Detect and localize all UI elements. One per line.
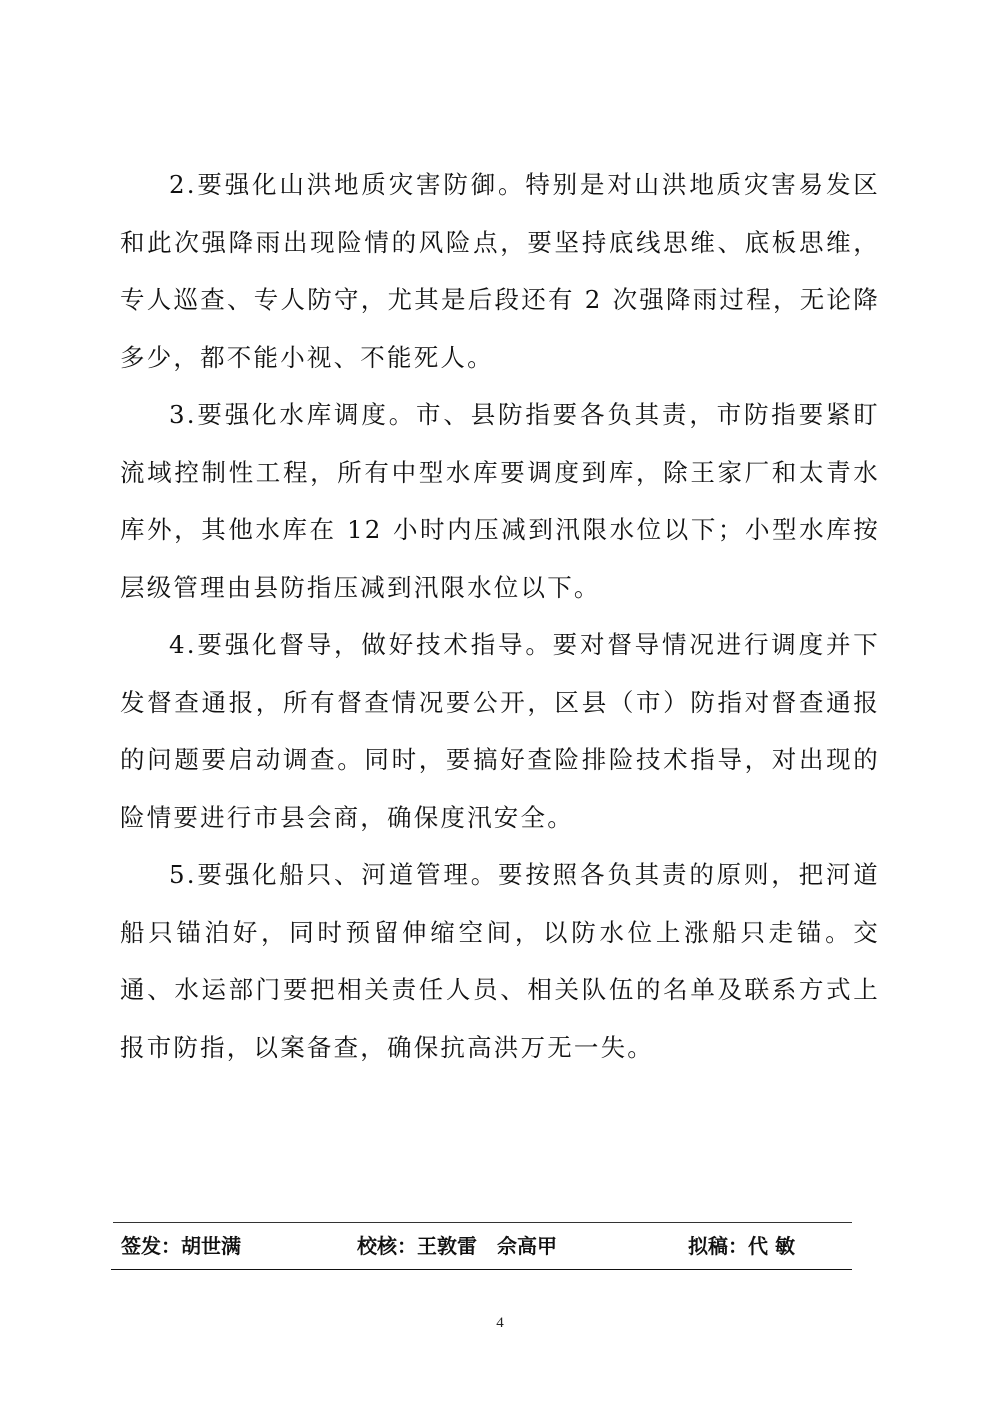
document-body: 2.要强化山洪地质灾害防御。特别是对山洪地质灾害易发区和此次强降雨出现险情的风险… (120, 156, 880, 1076)
drafted-by: 拟稿：代 敏 (688, 1223, 795, 1269)
document-page: 2.要强化山洪地质灾害防御。特别是对山洪地质灾害易发区和此次强降雨出现险情的风险… (0, 0, 1000, 1415)
paragraph-mountain-flood-defense: 2.要强化山洪地质灾害防御。特别是对山洪地质灾害易发区和此次强降雨出现险情的风险… (120, 156, 880, 386)
signature-row: 签发：胡世满 校核：王敦雷 佘高甲 拟稿：代 敏 (111, 1223, 852, 1269)
checked-by: 校核：王敦雷 佘高甲 (357, 1223, 557, 1269)
signature-block: 签发：胡世满 校核：王敦雷 佘高甲 拟稿：代 敏 (111, 1222, 852, 1270)
issued-by: 签发：胡世满 (121, 1223, 241, 1269)
paragraph-supervision-guidance: 4.要强化督导，做好技术指导。要对督导情况进行调度并下发督查通报，所有督查情况要… (120, 616, 880, 846)
paragraph-reservoir-dispatch: 3.要强化水库调度。市、县防指要各负其责，市防指要紧盯流域控制性工程，所有中型水… (120, 386, 880, 616)
paragraph-ship-river-management: 5.要强化船只、河道管理。要按照各负其责的原则，把河道船只锚泊好，同时预留伸缩空… (120, 846, 880, 1076)
page-number: 4 (0, 1315, 1000, 1332)
signature-bottom-rule (111, 1269, 852, 1270)
